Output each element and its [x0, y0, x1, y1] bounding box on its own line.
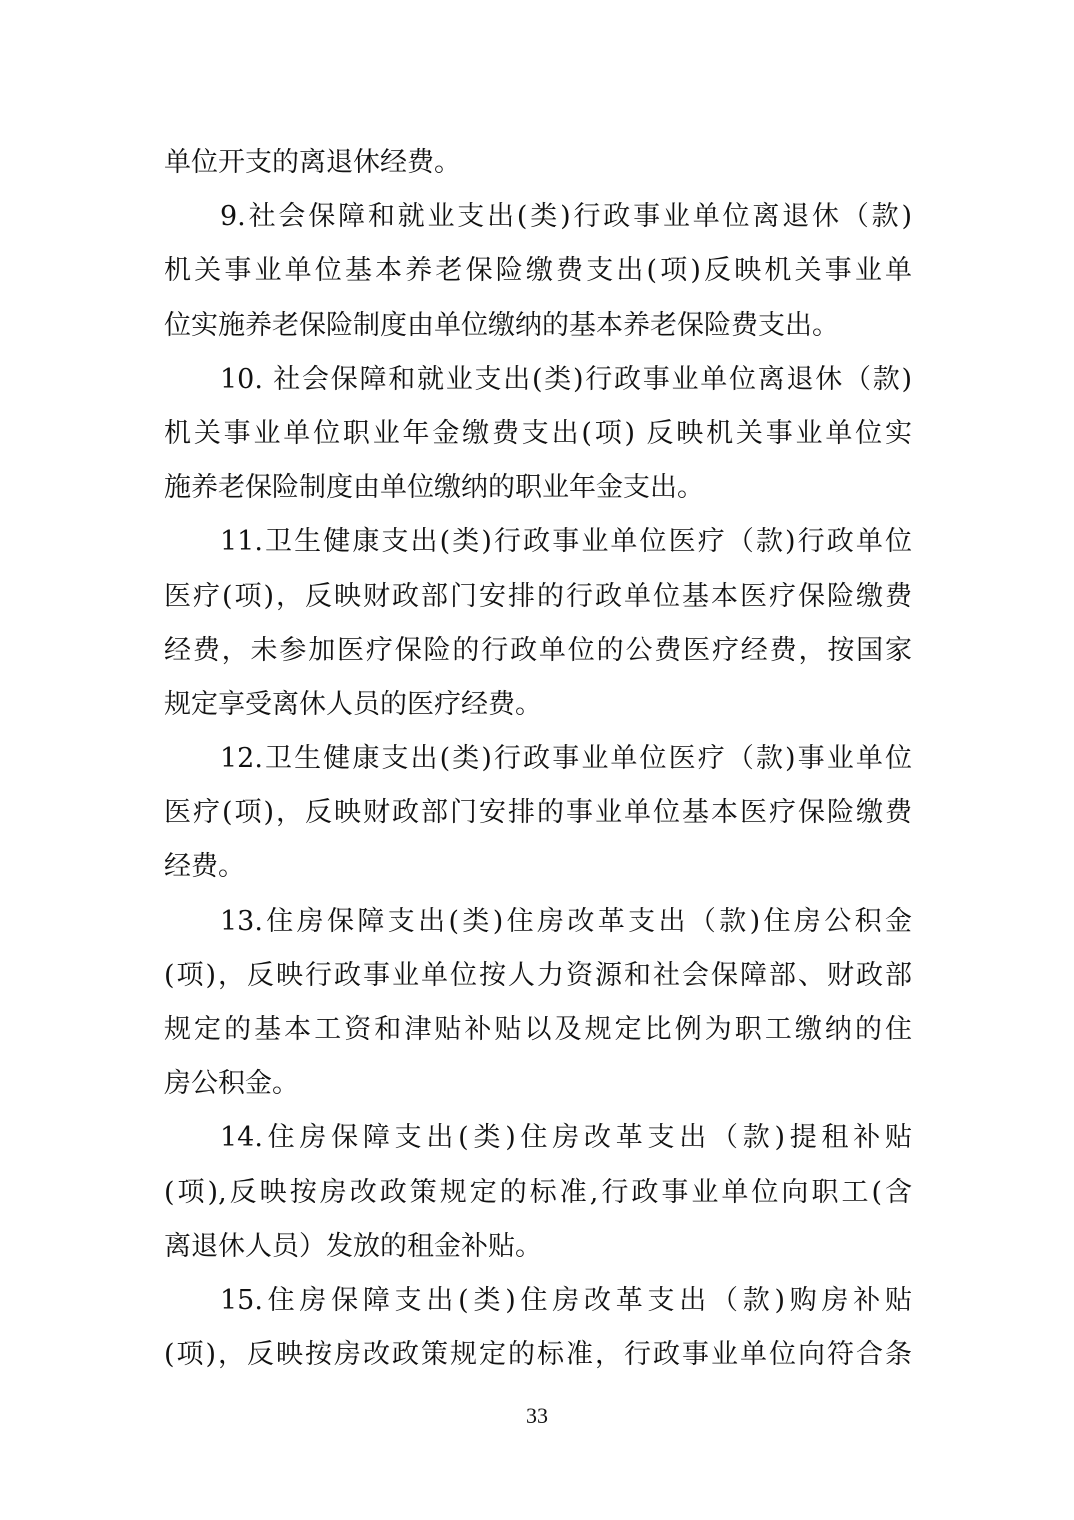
text-line: 经费，未参加医疗保险的行政单位的公费医疗经费，按国家	[164, 624, 912, 678]
text-line: 单位开支的离退休经费。	[164, 136, 912, 190]
text-line: 医疗(项)，反映财政部门安排的事业单位基本医疗保险缴费	[164, 786, 912, 840]
text-line-item-9: 9.社会保障和就业支出(类)行政事业单位离退休（款)	[164, 190, 912, 244]
text-line: 离退休人员）发放的租金补贴。	[164, 1220, 912, 1274]
text-line-item-15: 15.住房保障支出(类)住房改革支出（款)购房补贴	[164, 1274, 912, 1328]
document-page: 单位开支的离退休经费。 9.社会保障和就业支出(类)行政事业单位离退休（款) 机…	[0, 0, 1074, 1520]
page-number: 33	[0, 1403, 1074, 1429]
text-line-item-12: 12.卫生健康支出(类)行政事业单位医疗（款)事业单位	[164, 732, 912, 786]
text-line: 机关事业单位基本养老保险缴费支出(项)反映机关事业单	[164, 244, 912, 298]
text-line: (项)，反映按房改政策规定的标准，行政事业单位向符合条	[164, 1328, 912, 1382]
text-line: 医疗(项)，反映财政部门安排的行政单位基本医疗保险缴费	[164, 570, 912, 624]
text-line: 施养老保险制度由单位缴纳的职业年金支出。	[164, 461, 912, 515]
text-line: 机关事业单位职业年金缴费支出(项) 反映机关事业单位实	[164, 407, 912, 461]
text-line: (项)，反映行政事业单位按人力资源和社会保障部、财政部	[164, 949, 912, 1003]
text-line: 规定享受离休人员的医疗经费。	[164, 678, 912, 732]
text-line: 房公积金。	[164, 1057, 912, 1111]
text-line-item-11: 11.卫生健康支出(类)行政事业单位医疗（款)行政单位	[164, 515, 912, 569]
body-text: 单位开支的离退休经费。 9.社会保障和就业支出(类)行政事业单位离退休（款) 机…	[164, 136, 912, 1382]
text-line-item-10: 10. 社会保障和就业支出(类)行政事业单位离退休（款)	[164, 353, 912, 407]
text-line: 规定的基本工资和津贴补贴以及规定比例为职工缴纳的住	[164, 1003, 912, 1057]
text-line: 经费。	[164, 840, 912, 894]
text-line-item-14: 14.住房保障支出(类)住房改革支出（款)提租补贴	[164, 1111, 912, 1165]
text-line: (项),反映按房改政策规定的标准,行政事业单位向职工(含	[164, 1166, 912, 1220]
text-line: 位实施养老保险制度由单位缴纳的基本养老保险费支出。	[164, 299, 912, 353]
text-line-item-13: 13.住房保障支出(类)住房改革支出（款)住房公积金	[164, 895, 912, 949]
